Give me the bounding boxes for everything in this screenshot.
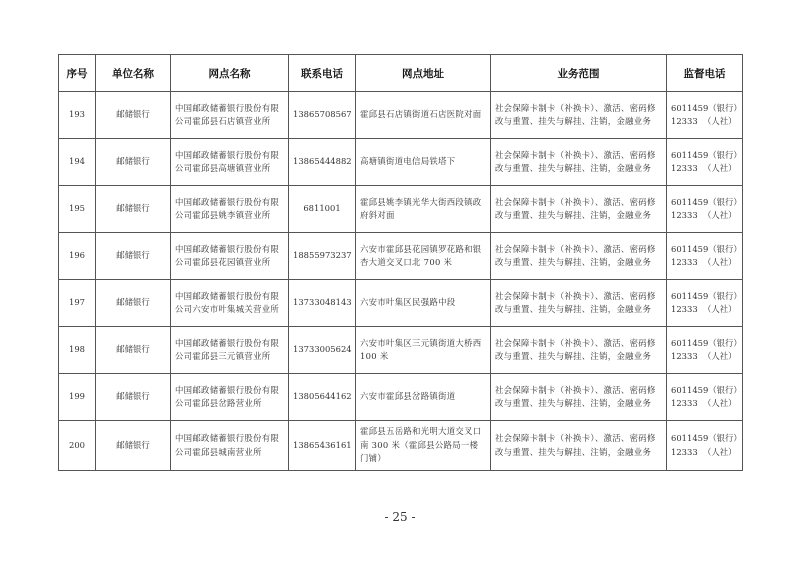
cell-unit-name: 邮储银行 (96, 374, 171, 421)
cell-seq: 195 (59, 186, 96, 233)
bank-phone: 6011459（银行） (671, 290, 738, 304)
cell-outlet-name: 中国邮政储蓄银行股份有限公司六安市叶集城关营业所 (171, 280, 289, 327)
cell-outlet-address: 霍邱县五岳路和光明大道交叉口南 300 米（霍邱县公路局一楼门铺） (356, 421, 491, 471)
cell-outlet-name: 中国邮政储蓄银行股份有限公司霍邱县高塘镇营业所 (171, 139, 289, 186)
cell-business-scope: 社会保障卡制卡（补换卡）、激活、密码修改与重置、挂失与解挂、注销，金融业务 (491, 374, 667, 421)
cell-seq: 196 (59, 233, 96, 280)
table-row: 198 邮储银行 中国邮政储蓄银行股份有限公司霍邱县三元镇营业所 1373300… (59, 327, 743, 374)
cell-seq: 199 (59, 374, 96, 421)
hr-phone: 12333 （人社） (671, 209, 738, 223)
cell-unit-name: 邮储银行 (96, 280, 171, 327)
bank-phone: 6011459（银行） (671, 337, 738, 351)
cell-supervision-phone: 6011459（银行）12333 （人社） (667, 374, 743, 421)
cell-outlet-name: 中国邮政储蓄银行股份有限公司霍邱县岔路营业所 (171, 374, 289, 421)
table-row: 196 邮储银行 中国邮政储蓄银行股份有限公司霍邱县花园镇营业所 1885597… (59, 233, 743, 280)
bank-phone: 6011459（银行） (671, 384, 738, 398)
table-row: 195 邮储银行 中国邮政储蓄银行股份有限公司霍邱县姚李镇营业所 6811001… (59, 186, 743, 233)
header-seq: 序号 (59, 55, 96, 92)
cell-outlet-address: 六安市叶集区民强路中段 (356, 280, 491, 327)
cell-contact-phone: 13733048143 (289, 280, 356, 327)
cell-unit-name: 邮储银行 (96, 233, 171, 280)
table-row: 199 邮储银行 中国邮政储蓄银行股份有限公司霍邱县岔路营业所 13805644… (59, 374, 743, 421)
cell-business-scope: 社会保障卡制卡（补换卡）、激活、密码修改与重置、挂失与解挂、注销，金融业务 (491, 139, 667, 186)
table-row: 193 邮储银行 中国邮政储蓄银行股份有限公司霍邱县石店镇营业所 1386570… (59, 92, 743, 139)
cell-supervision-phone: 6011459（银行）12333 （人社） (667, 139, 743, 186)
header-outlet-name: 网点名称 (171, 55, 289, 92)
cell-outlet-name: 中国邮政储蓄银行股份有限公司霍邱县城南营业所 (171, 421, 289, 471)
table-row: 197 邮储银行 中国邮政储蓄银行股份有限公司六安市叶集城关营业所 137330… (59, 280, 743, 327)
cell-outlet-address: 六安市叶集区三元镇街道大桥西 100 米 (356, 327, 491, 374)
table-row: 200 邮储银行 中国邮政储蓄银行股份有限公司霍邱县城南营业所 13865436… (59, 421, 743, 471)
cell-business-scope: 社会保障卡制卡（补换卡）、激活、密码修改与重置、挂失与解挂、注销，金融业务 (491, 92, 667, 139)
cell-supervision-phone: 6011459（银行）12333 （人社） (667, 92, 743, 139)
service-outlet-table: 序号 单位名称 网点名称 联系电话 网点地址 业务范围 监督电话 193 邮储银… (58, 54, 743, 471)
cell-supervision-phone: 6011459（银行）12333 （人社） (667, 233, 743, 280)
hr-phone: 12333 （人社） (671, 446, 738, 460)
cell-business-scope: 社会保障卡制卡（补换卡）、激活、密码修改与重置、挂失与解挂、注销，金融业务 (491, 186, 667, 233)
cell-seq: 193 (59, 92, 96, 139)
cell-unit-name: 邮储银行 (96, 421, 171, 471)
cell-business-scope: 社会保障卡制卡（补换卡）、激活、密码修改与重置、挂失与解挂、注销，金融业务 (491, 233, 667, 280)
hr-phone: 12333 （人社） (671, 162, 738, 176)
cell-contact-phone: 13865444882 (289, 139, 356, 186)
cell-outlet-name: 中国邮政储蓄银行股份有限公司霍邱县三元镇营业所 (171, 327, 289, 374)
cell-supervision-phone: 6011459（银行）12333 （人社） (667, 421, 743, 471)
header-supervision-phone: 监督电话 (667, 55, 743, 92)
cell-supervision-phone: 6011459（银行）12333 （人社） (667, 186, 743, 233)
cell-seq: 200 (59, 421, 96, 471)
cell-outlet-address: 高塘镇街道电信局铁塔下 (356, 139, 491, 186)
cell-business-scope: 社会保障卡制卡（补换卡）、激活、密码修改与重置、挂失与解挂、注销，金融业务 (491, 327, 667, 374)
bank-phone: 6011459（银行） (671, 102, 738, 116)
cell-business-scope: 社会保障卡制卡（补换卡）、激活、密码修改与重置、挂失与解挂、注销，金融业务 (491, 421, 667, 471)
header-contact-phone: 联系电话 (289, 55, 356, 92)
bank-phone: 6011459（银行） (671, 196, 738, 210)
cell-outlet-address: 六安市霍邱县花园镇罗花路和银杏大道交叉口北 700 米 (356, 233, 491, 280)
cell-contact-phone: 13805644162 (289, 374, 356, 421)
hr-phone: 12333 （人社） (671, 256, 738, 270)
hr-phone: 12333 （人社） (671, 397, 738, 411)
cell-contact-phone: 6811001 (289, 186, 356, 233)
cell-contact-phone: 13865708567 (289, 92, 356, 139)
cell-contact-phone: 18855973237 (289, 233, 356, 280)
document-page: 序号 单位名称 网点名称 联系电话 网点地址 业务范围 监督电话 193 邮储银… (0, 0, 800, 565)
cell-outlet-name: 中国邮政储蓄银行股份有限公司霍邱县石店镇营业所 (171, 92, 289, 139)
cell-business-scope: 社会保障卡制卡（补换卡）、激活、密码修改与重置、挂失与解挂、注销，金融业务 (491, 280, 667, 327)
cell-unit-name: 邮储银行 (96, 92, 171, 139)
cell-unit-name: 邮储银行 (96, 327, 171, 374)
cell-outlet-name: 中国邮政储蓄银行股份有限公司霍邱县姚李镇营业所 (171, 186, 289, 233)
bank-phone: 6011459（银行） (671, 243, 738, 257)
cell-outlet-address: 霍邱县石店镇街道石店医院对面 (356, 92, 491, 139)
hr-phone: 12333 （人社） (671, 303, 738, 317)
hr-phone: 12333 （人社） (671, 350, 738, 364)
page-number: - 25 - (0, 510, 800, 524)
header-outlet-address: 网点地址 (356, 55, 491, 92)
cell-outlet-address: 六安市霍邱县岔路镇街道 (356, 374, 491, 421)
hr-phone: 12333 （人社） (671, 115, 738, 129)
header-business-scope: 业务范围 (491, 55, 667, 92)
cell-outlet-name: 中国邮政储蓄银行股份有限公司霍邱县花园镇营业所 (171, 233, 289, 280)
cell-seq: 198 (59, 327, 96, 374)
header-unit-name: 单位名称 (96, 55, 171, 92)
cell-seq: 194 (59, 139, 96, 186)
cell-supervision-phone: 6011459（银行）12333 （人社） (667, 327, 743, 374)
cell-supervision-phone: 6011459（银行）12333 （人社） (667, 280, 743, 327)
cell-contact-phone: 13865436161 (289, 421, 356, 471)
cell-unit-name: 邮储银行 (96, 139, 171, 186)
table-header-row: 序号 单位名称 网点名称 联系电话 网点地址 业务范围 监督电话 (59, 55, 743, 92)
cell-contact-phone: 13733005624 (289, 327, 356, 374)
bank-phone: 6011459（银行） (671, 149, 738, 163)
cell-outlet-address: 霍邱县姚李镇光华大街西段镇政府斜对面 (356, 186, 491, 233)
cell-seq: 197 (59, 280, 96, 327)
table-row: 194 邮储银行 中国邮政储蓄银行股份有限公司霍邱县高塘镇营业所 1386544… (59, 139, 743, 186)
cell-unit-name: 邮储银行 (96, 186, 171, 233)
bank-phone: 6011459（银行） (671, 432, 738, 446)
